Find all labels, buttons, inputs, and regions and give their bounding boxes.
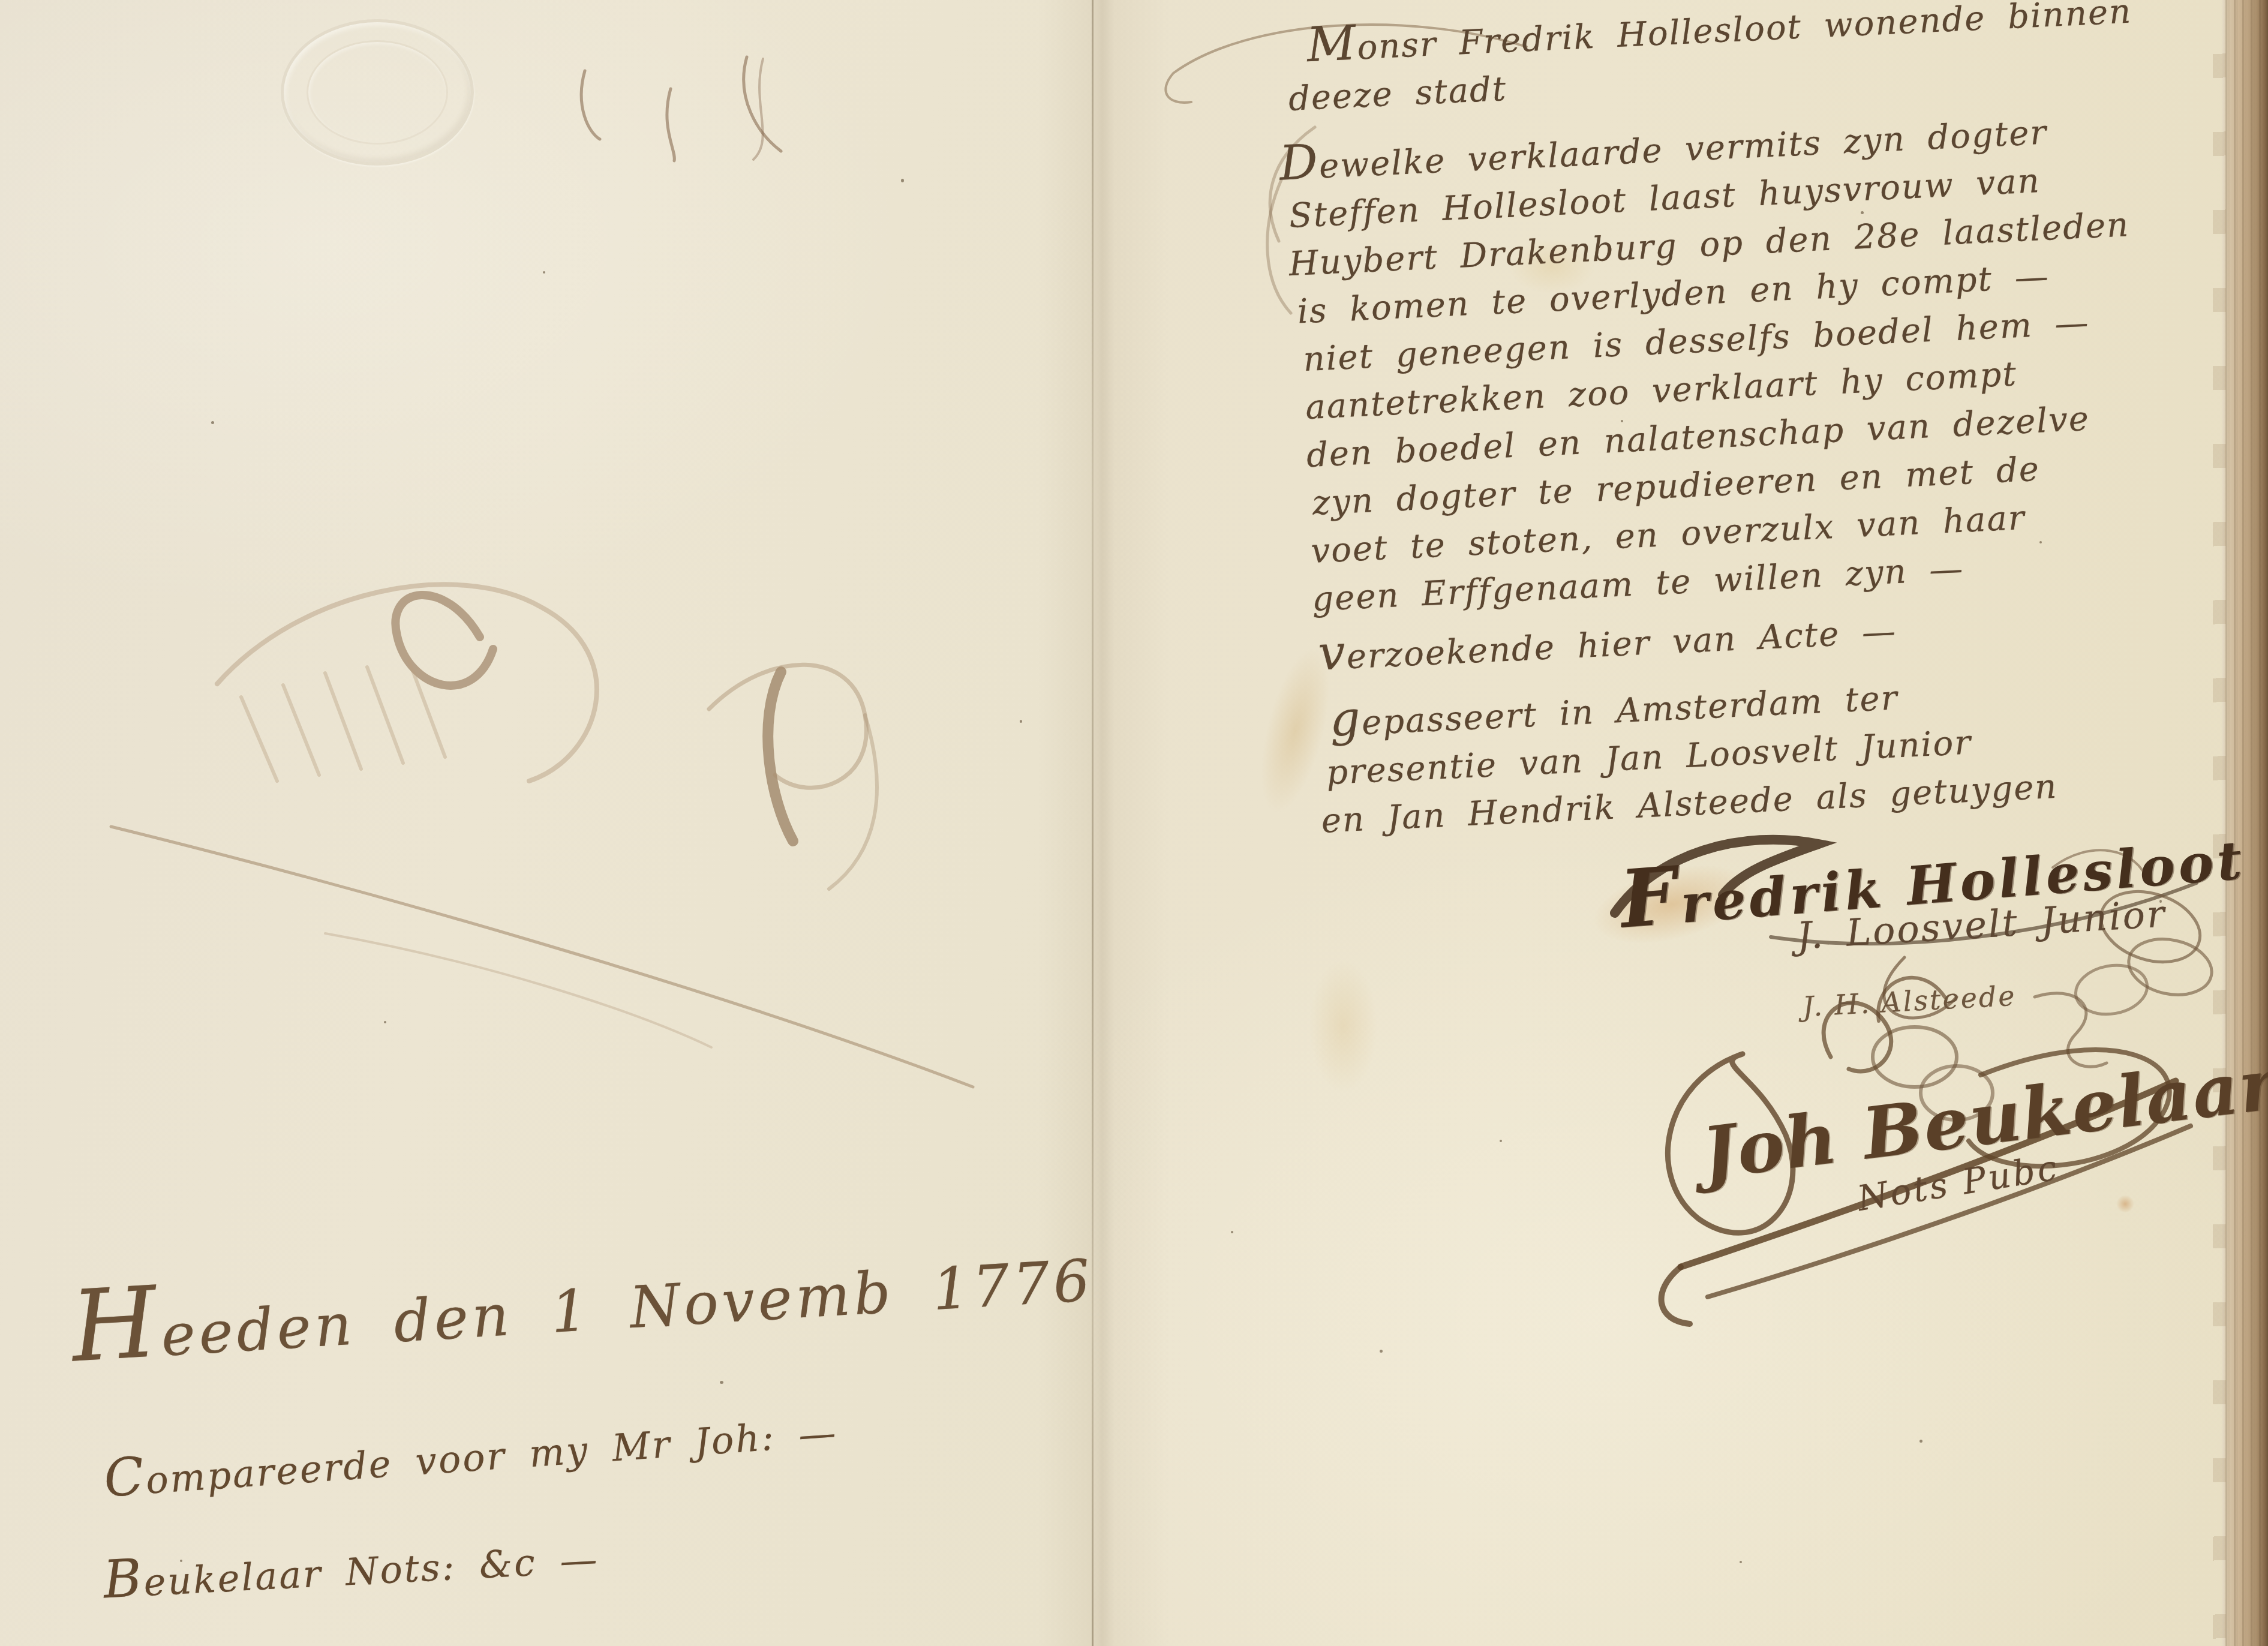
bleedthrough-ink-ghost	[111, 584, 973, 1087]
manuscript-spread: Monsr Fredrik Hollesloot wonende binnen …	[0, 0, 2268, 1646]
deed-text-block: Monsr Fredrik Hollesloot wonende binnen …	[1273, 0, 2169, 846]
faint-ink-marks	[581, 57, 781, 161]
